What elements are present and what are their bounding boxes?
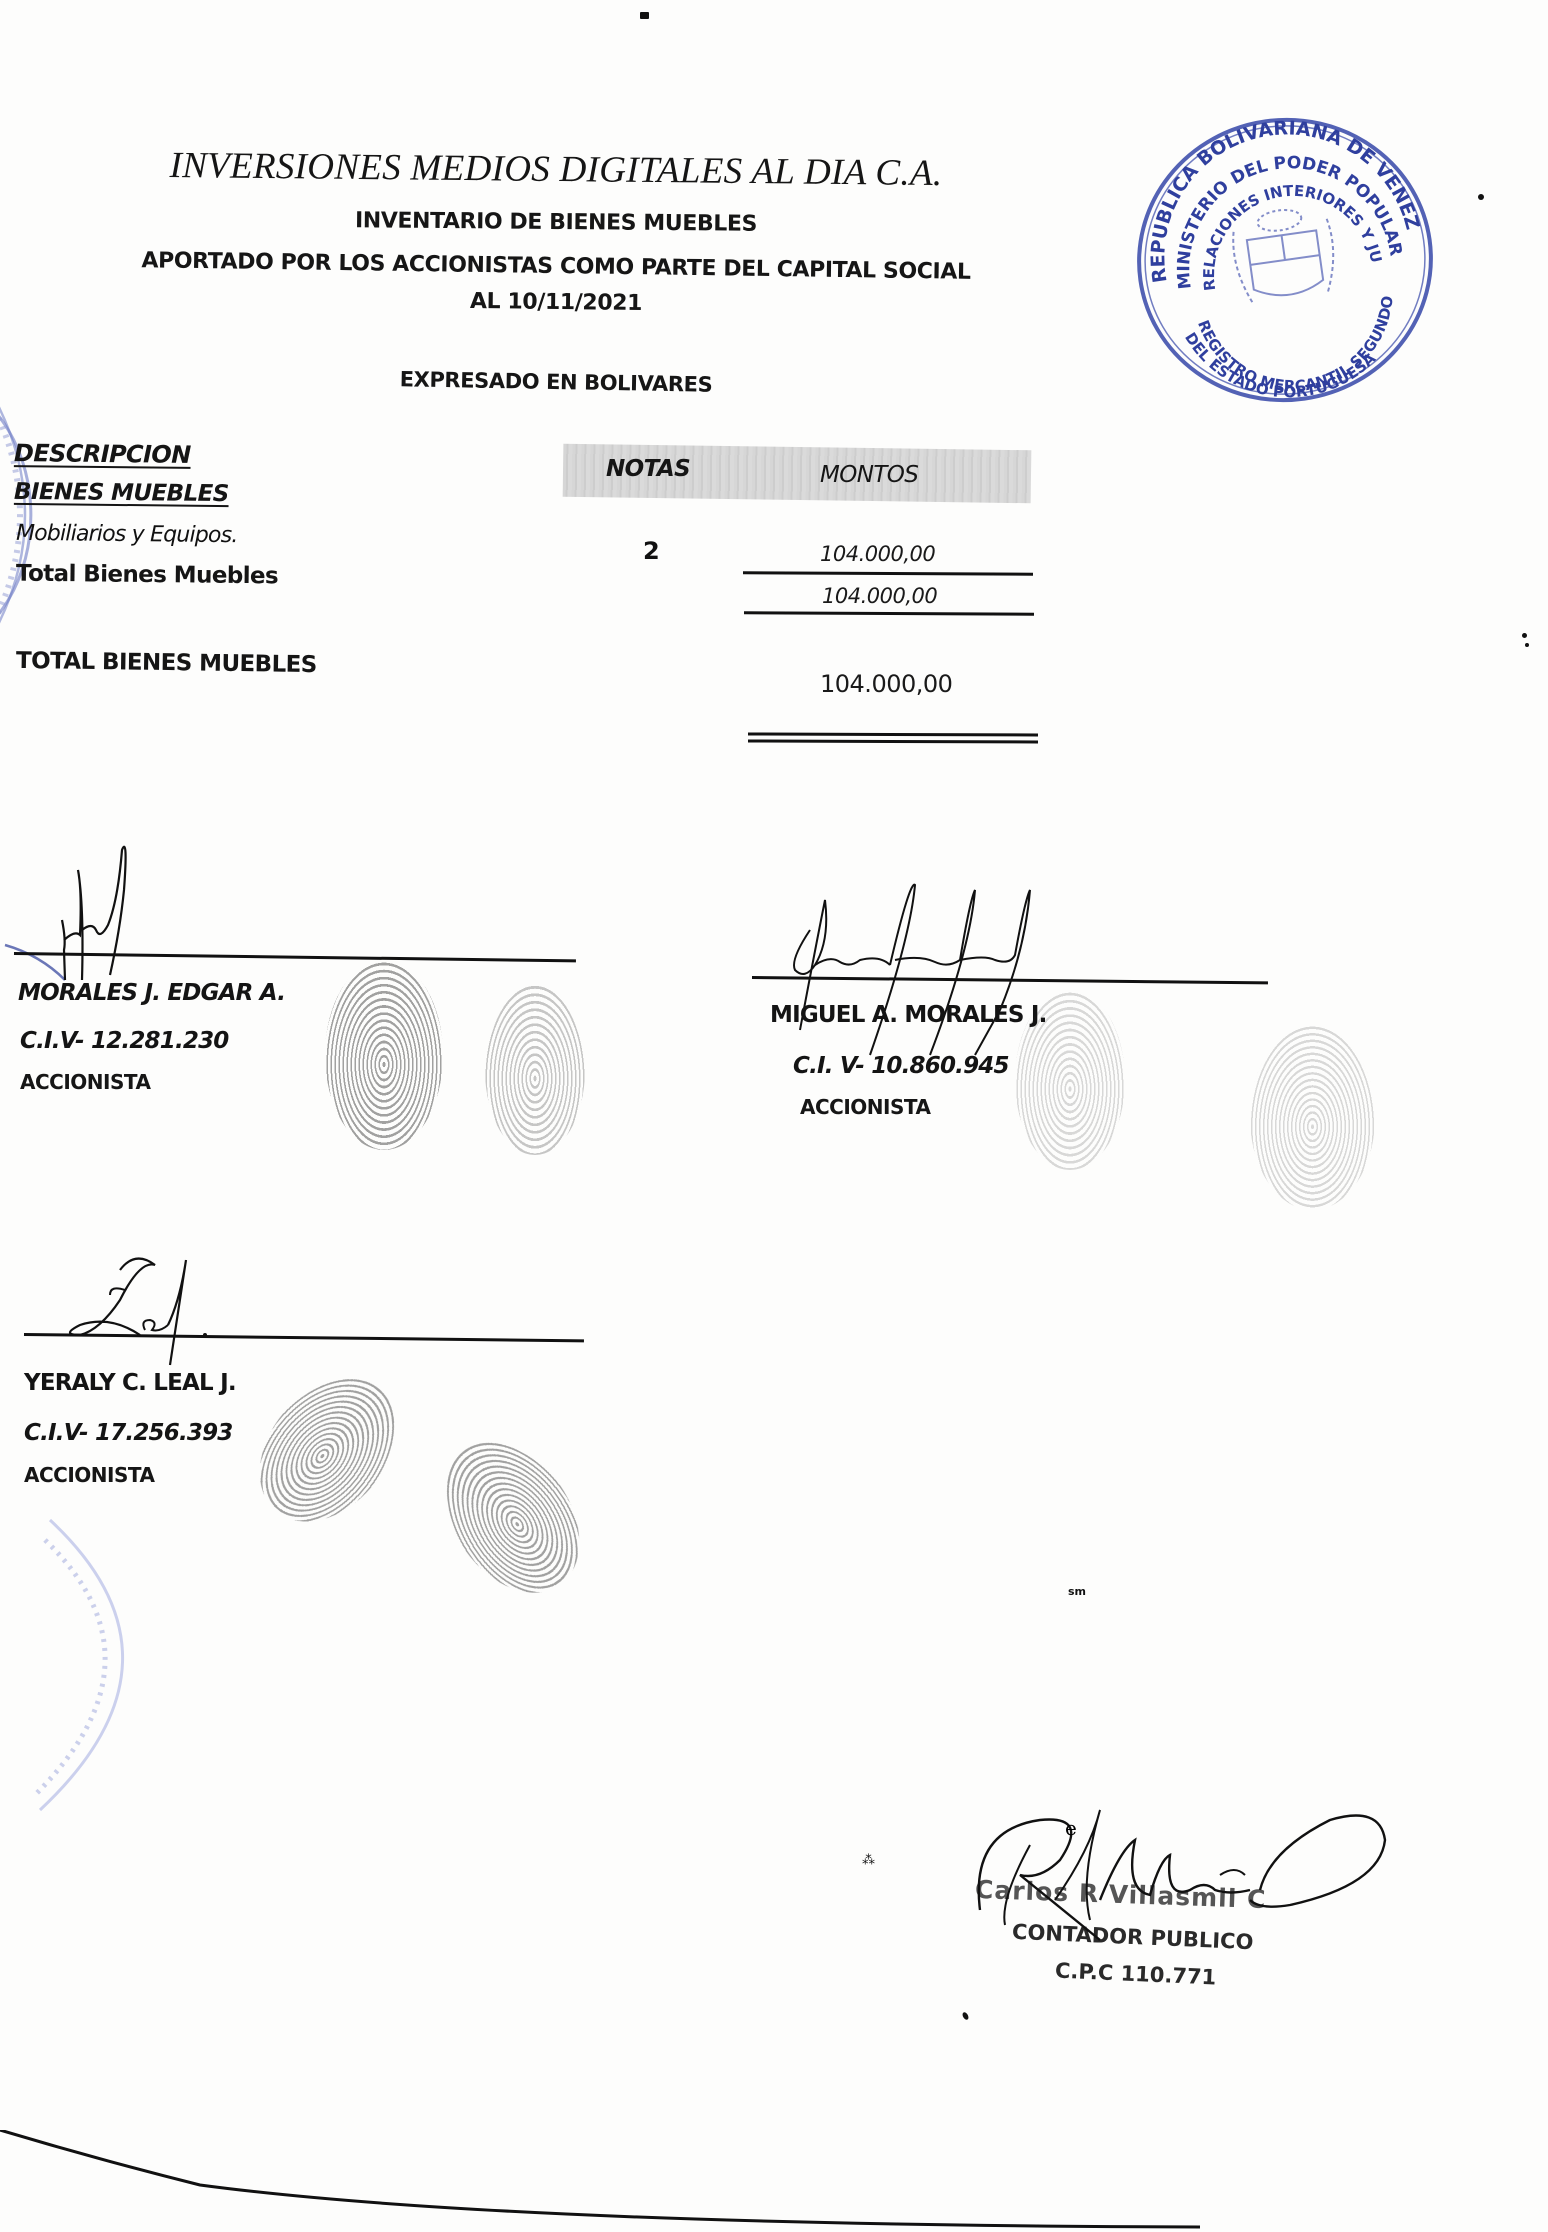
coat-of-arms-icon — [1229, 204, 1339, 307]
signature-yeraly-leal — [40, 1240, 240, 1370]
subtotal-amount: 104.000,00 — [822, 584, 937, 608]
notes-header: NOTAS — [606, 456, 690, 482]
signature-morales-edgar — [0, 830, 200, 990]
signature-accountant: e — [960, 1790, 1400, 1960]
partial-stamp-left — [0, 370, 70, 660]
row-note: 2 — [643, 537, 660, 565]
svg-text:e: e — [1065, 1816, 1077, 1840]
accountant-registration: C.P.C 110.771 — [1055, 1958, 1217, 1989]
amount-underline — [743, 571, 1033, 576]
signatory-role-3: ACCIONISTA — [24, 1463, 154, 1487]
page-fold-line — [0, 2130, 1548, 2232]
faint-stamp-left — [20, 1510, 170, 1830]
row-description: Mobiliarios y Equipos. — [16, 521, 238, 548]
ink-speck — [1478, 194, 1484, 200]
fingerprint-3b — [418, 1417, 607, 1618]
section-title: BIENES MUEBLES — [14, 479, 229, 507]
ink-speck — [1525, 643, 1529, 647]
fingerprint-1a — [325, 960, 443, 1150]
grand-total-amount: 104.000,00 — [820, 670, 952, 698]
scribble-mark: ⁂ — [862, 1852, 875, 1868]
registry-seal-stamp: REPUBLICA BOLIVARIANA DE VENEZUELA MINIS… — [1120, 100, 1450, 420]
fingerprint-2b — [1250, 1025, 1375, 1210]
signatory-role-1: ACCIONISTA — [20, 1070, 150, 1094]
signatory-id-1: C.I.V- 12.281.230 — [20, 1028, 229, 1054]
subtotal-underline — [744, 611, 1034, 616]
description-header: DESCRIPCION — [14, 439, 191, 469]
margin-initials: sm — [1068, 1585, 1086, 1598]
signatory-role-2: ACCIONISTA — [800, 1095, 930, 1119]
ink-speck — [961, 2011, 969, 2020]
amounts-header: MONTOS — [820, 462, 918, 488]
grand-total-double-rule-2 — [748, 739, 1038, 743]
ink-speck — [1522, 633, 1527, 638]
fingerprint-3a — [232, 1352, 423, 1548]
fingerprint-2a — [1015, 990, 1125, 1170]
signatory-id-3: C.I.V- 17.256.393 — [24, 1420, 233, 1446]
grand-total-double-rule-1 — [748, 732, 1038, 736]
signatory-name-1: MORALES J. EDGAR A. — [18, 980, 285, 1006]
signatory-id-2: C.I. V- 10.860.945 — [793, 1053, 1009, 1079]
row-amount: 104.000,00 — [820, 542, 935, 566]
signatory-name-2: MIGUEL A. MORALES J. — [770, 1002, 1047, 1028]
subtotal-label: Total Bienes Muebles — [16, 561, 278, 590]
scan-mark — [640, 12, 649, 19]
signatory-name-3: YERALY C. LEAL J. — [24, 1370, 236, 1396]
grand-total-label: TOTAL BIENES MUEBLES — [16, 648, 317, 678]
fingerprint-1b — [485, 985, 585, 1155]
